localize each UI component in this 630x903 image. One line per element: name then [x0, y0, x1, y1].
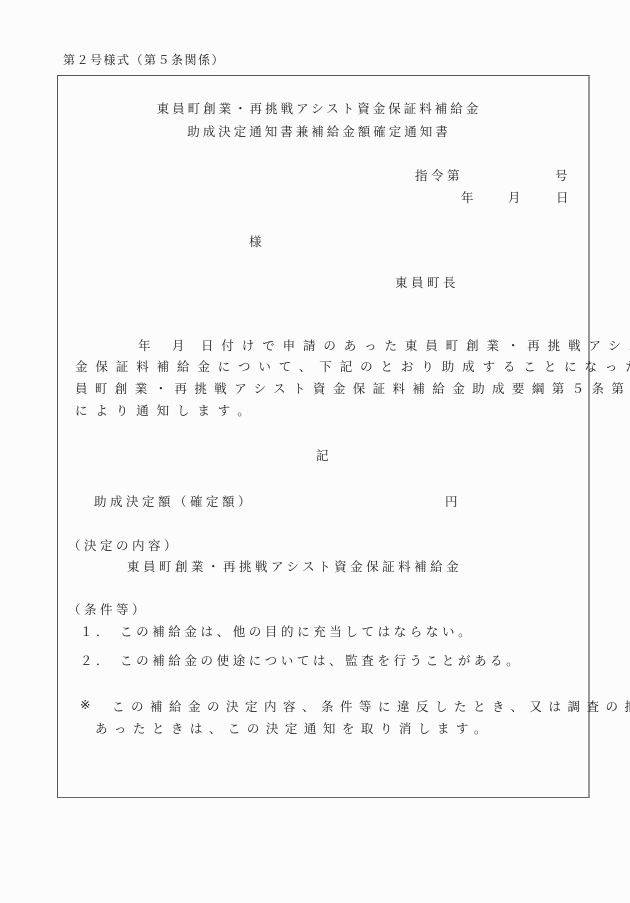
document-frame [57, 75, 590, 798]
form-label: 第２号様式（第５条関係） [63, 51, 225, 68]
body-line4: により通知します。 [75, 401, 258, 419]
body-line3: 員町創業・再挑戦アシスト資金保証料補給金助成要綱第５条第１項の規定 [75, 379, 630, 397]
condition-text: この補給金の使途については、監査を行うことがある。 [120, 651, 522, 669]
date-month: 月 [508, 188, 521, 206]
date-day: 日 [556, 188, 569, 206]
addressee-honorific: 様 [249, 232, 262, 250]
conditions-heading: （条件等） [68, 600, 148, 618]
decision-content: 東員町創業・再挑戦アシスト資金保証料補給金 [127, 557, 462, 575]
note-line1: この補給金の決定内容、条件等に違反したとき、又は調査の拒否が [112, 697, 630, 715]
reference-number-suffix: 号 [555, 166, 568, 184]
body-line1: 日付けで申請のあった東員町創業・再挑戦アシスト資 [201, 336, 630, 354]
document-title-line2: 助成決定通知書兼補給金額確定通知書 [20, 122, 618, 140]
body-date-month: 月 [172, 336, 185, 354]
amount-unit: 円 [445, 492, 458, 510]
amount-label: 助成決定額（確定額） [94, 492, 254, 510]
decision-heading: （決定の内容） [68, 536, 180, 554]
note-line2: あったときは、この決定通知を取り消します。 [95, 719, 493, 737]
ki-heading: 記 [316, 446, 329, 464]
condition-text: この補給金は、他の目的に充当してはならない。 [120, 622, 474, 640]
date-year: 年 [461, 188, 474, 206]
document-title-line1: 東員町創業・再挑戦アシスト資金保証料補給金 [20, 99, 618, 117]
condition-number: １． [80, 622, 112, 640]
issuer-name: 東員町長 [395, 273, 459, 291]
note-mark: ※ [80, 697, 90, 712]
condition-number: ２． [80, 651, 112, 669]
reference-number-prefix: 指令第 [415, 166, 463, 184]
body-date-year: 年 [138, 336, 151, 354]
body-line2: 金保証料補給金について、下記のとおり助成することになったので、東 [75, 357, 630, 375]
